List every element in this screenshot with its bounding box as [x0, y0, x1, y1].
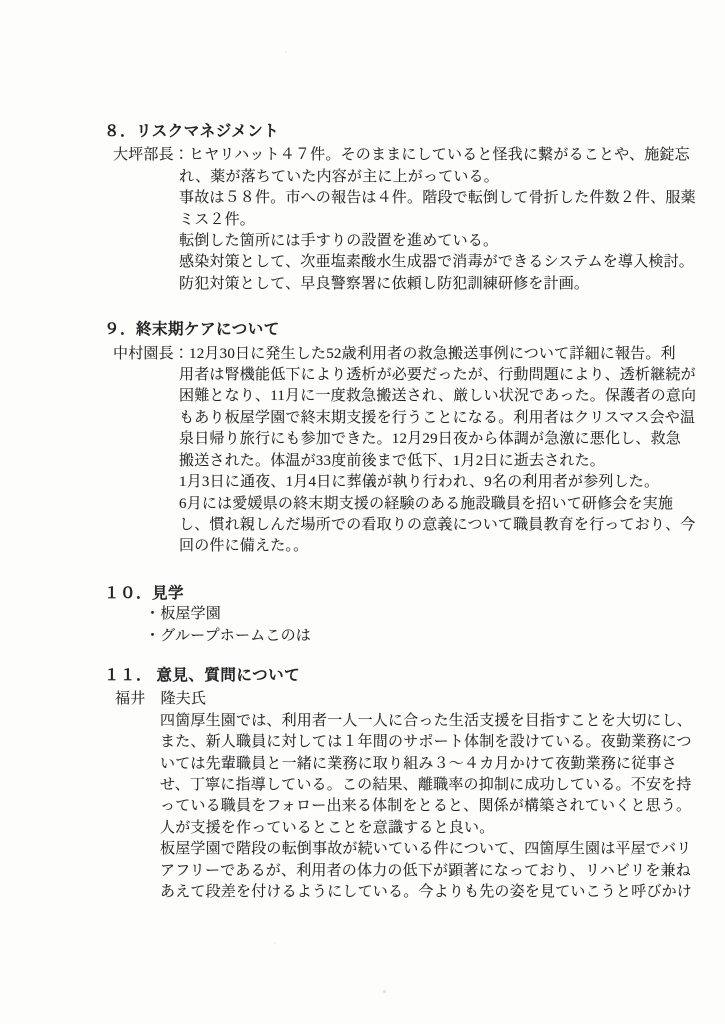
scanned-document-page: ８．リスクマネジメント大坪部長：ヒヤリハット４７件。そのままにしていると怪我に繋… [0, 0, 725, 1024]
text-line: 用者は腎機能低下により透析が必要だったが、行動問題により、透析継続が [179, 365, 725, 386]
section-end-of-life-care: ９．終末期ケアについて中村園長：12月30日に発生した52歳利用者の救急搬送事例… [0, 319, 725, 557]
text-line: アフリーであるが、利用者の体力の低下が顕著になっており、リハビリを兼ね [160, 861, 725, 882]
text-line: いては先輩職員と一緒に業務に取り組み３〜４カ月かけて夜勤業務に従事さ [160, 754, 725, 775]
text-line: 板屋学園で階段の転倒事故が続いている件について、四箇厚生園は平屋でバリ [160, 839, 725, 860]
section-heading-opinions-questions: １１． 意見、質問について [104, 665, 725, 686]
speaker-text: ヒヤリハット４７件。そのままにしていると怪我に繋がることや、施錠忘 [189, 147, 690, 163]
section-heading-risk-management: ８．リスクマネジメント [104, 121, 725, 142]
speaker-line: 大坪部長：ヒヤリハット４７件。そのままにしていると怪我に繋がることや、施錠忘 [113, 145, 725, 166]
text-line: 回の件に備えた。。 [179, 536, 725, 557]
text-line: 搬送された。体温が33度前後まで低下、1月2日に逝去された。 [179, 451, 725, 472]
section-visits: １０．見学・板屋学園・グループホームこのは [0, 583, 725, 647]
text-line: れ、薬が落ちていた内容が主に上がっている。 [179, 167, 725, 188]
text-line: もあり板屋学園で終末期支援を行うことになる。利用者はクリスマス会や温 [179, 408, 725, 429]
text-line: 泉日帰り旅行にも参加できた。12月29日夜から体調が急激に悪化し、救急 [179, 429, 725, 450]
bullet-item: ・板屋学園 [145, 604, 725, 625]
section-heading-end-of-life-care: ９．終末期ケアについて [104, 319, 725, 340]
text-line: 困難となり、11月に一度救急搬送され、厳しい状況であった。保護者の意向 [179, 386, 725, 407]
text-line: 1月3日に通夜、1月4日に葬儀が執り行われ、9名の利用者が参列した。 [179, 472, 725, 493]
text-line: 感染対策として、次亜塩素酸水生成器で消毒ができるシステムを導入検討。 [179, 252, 725, 273]
speaker-label: 大坪部長： [113, 147, 189, 163]
document-body: ８．リスクマネジメント大坪部長：ヒヤリハット４７件。そのままにしていると怪我に繋… [0, 121, 725, 903]
text-line: 防犯対策として、早良警察署に依頼し防犯訓練研修を計画。 [179, 274, 725, 295]
text-line: 事故は５８件。市への報告は４件。階段で転倒して骨折した件数２件、服薬 [179, 188, 725, 209]
text-line: っている職員をフォロー出来る体制をとると、関係が構築されていくと思う。 [160, 796, 725, 817]
text-line: せ、丁寧に指導している。この結果、離職率の抑制に成功している。不安を持 [160, 775, 725, 796]
speaker-text: 12月30日に発生した52歳利用者の救急搬送事例について詳細に報告。利 [189, 346, 676, 362]
bullet-item: ・グループホームこのは [145, 626, 725, 647]
speaker-line: 中村園長：12月30日に発生した52歳利用者の救急搬送事例について詳細に報告。利 [113, 344, 725, 365]
text-line: ミス２件。 [179, 210, 725, 231]
section-opinions-questions: １１． 意見、質問について福井 隆夫氏四箇厚生園では、利用者一人一人に合った生活… [0, 665, 725, 903]
text-line: また、新人職員に対しては１年間のサポート体制を設けている。夜勤業務につ [160, 732, 725, 753]
section-heading-visits: １０．見学 [104, 583, 725, 604]
text-line: 転倒した箇所には手すりの設置を進めている。 [179, 231, 725, 252]
scan-speck [383, 990, 386, 993]
scan-speck [285, 51, 287, 53]
text-line: 人が支援を作っているとことを意識すると良い。 [160, 818, 725, 839]
speaker-name: 福井 隆夫氏 [115, 689, 725, 710]
scan-speck [274, 942, 276, 944]
text-line: 四箇厚生園では、利用者一人一人に合った生活支援を目指すことを大切にし、 [160, 711, 725, 732]
text-line: 6月には愛媛県の終末期支援の経験のある施設職員を招いて研修会を実施 [179, 494, 725, 515]
text-line: あえて段差を付けるようにしている。今よりも先の姿を見ていこうと呼びかけ [160, 882, 725, 903]
speaker-label: 中村園長： [113, 346, 189, 362]
section-risk-management: ８．リスクマネジメント大坪部長：ヒヤリハット４７件。そのままにしていると怪我に繋… [0, 121, 725, 295]
text-line: し、慣れ親しんだ場所での看取りの意義について職員教育を行っており、今 [179, 515, 725, 536]
